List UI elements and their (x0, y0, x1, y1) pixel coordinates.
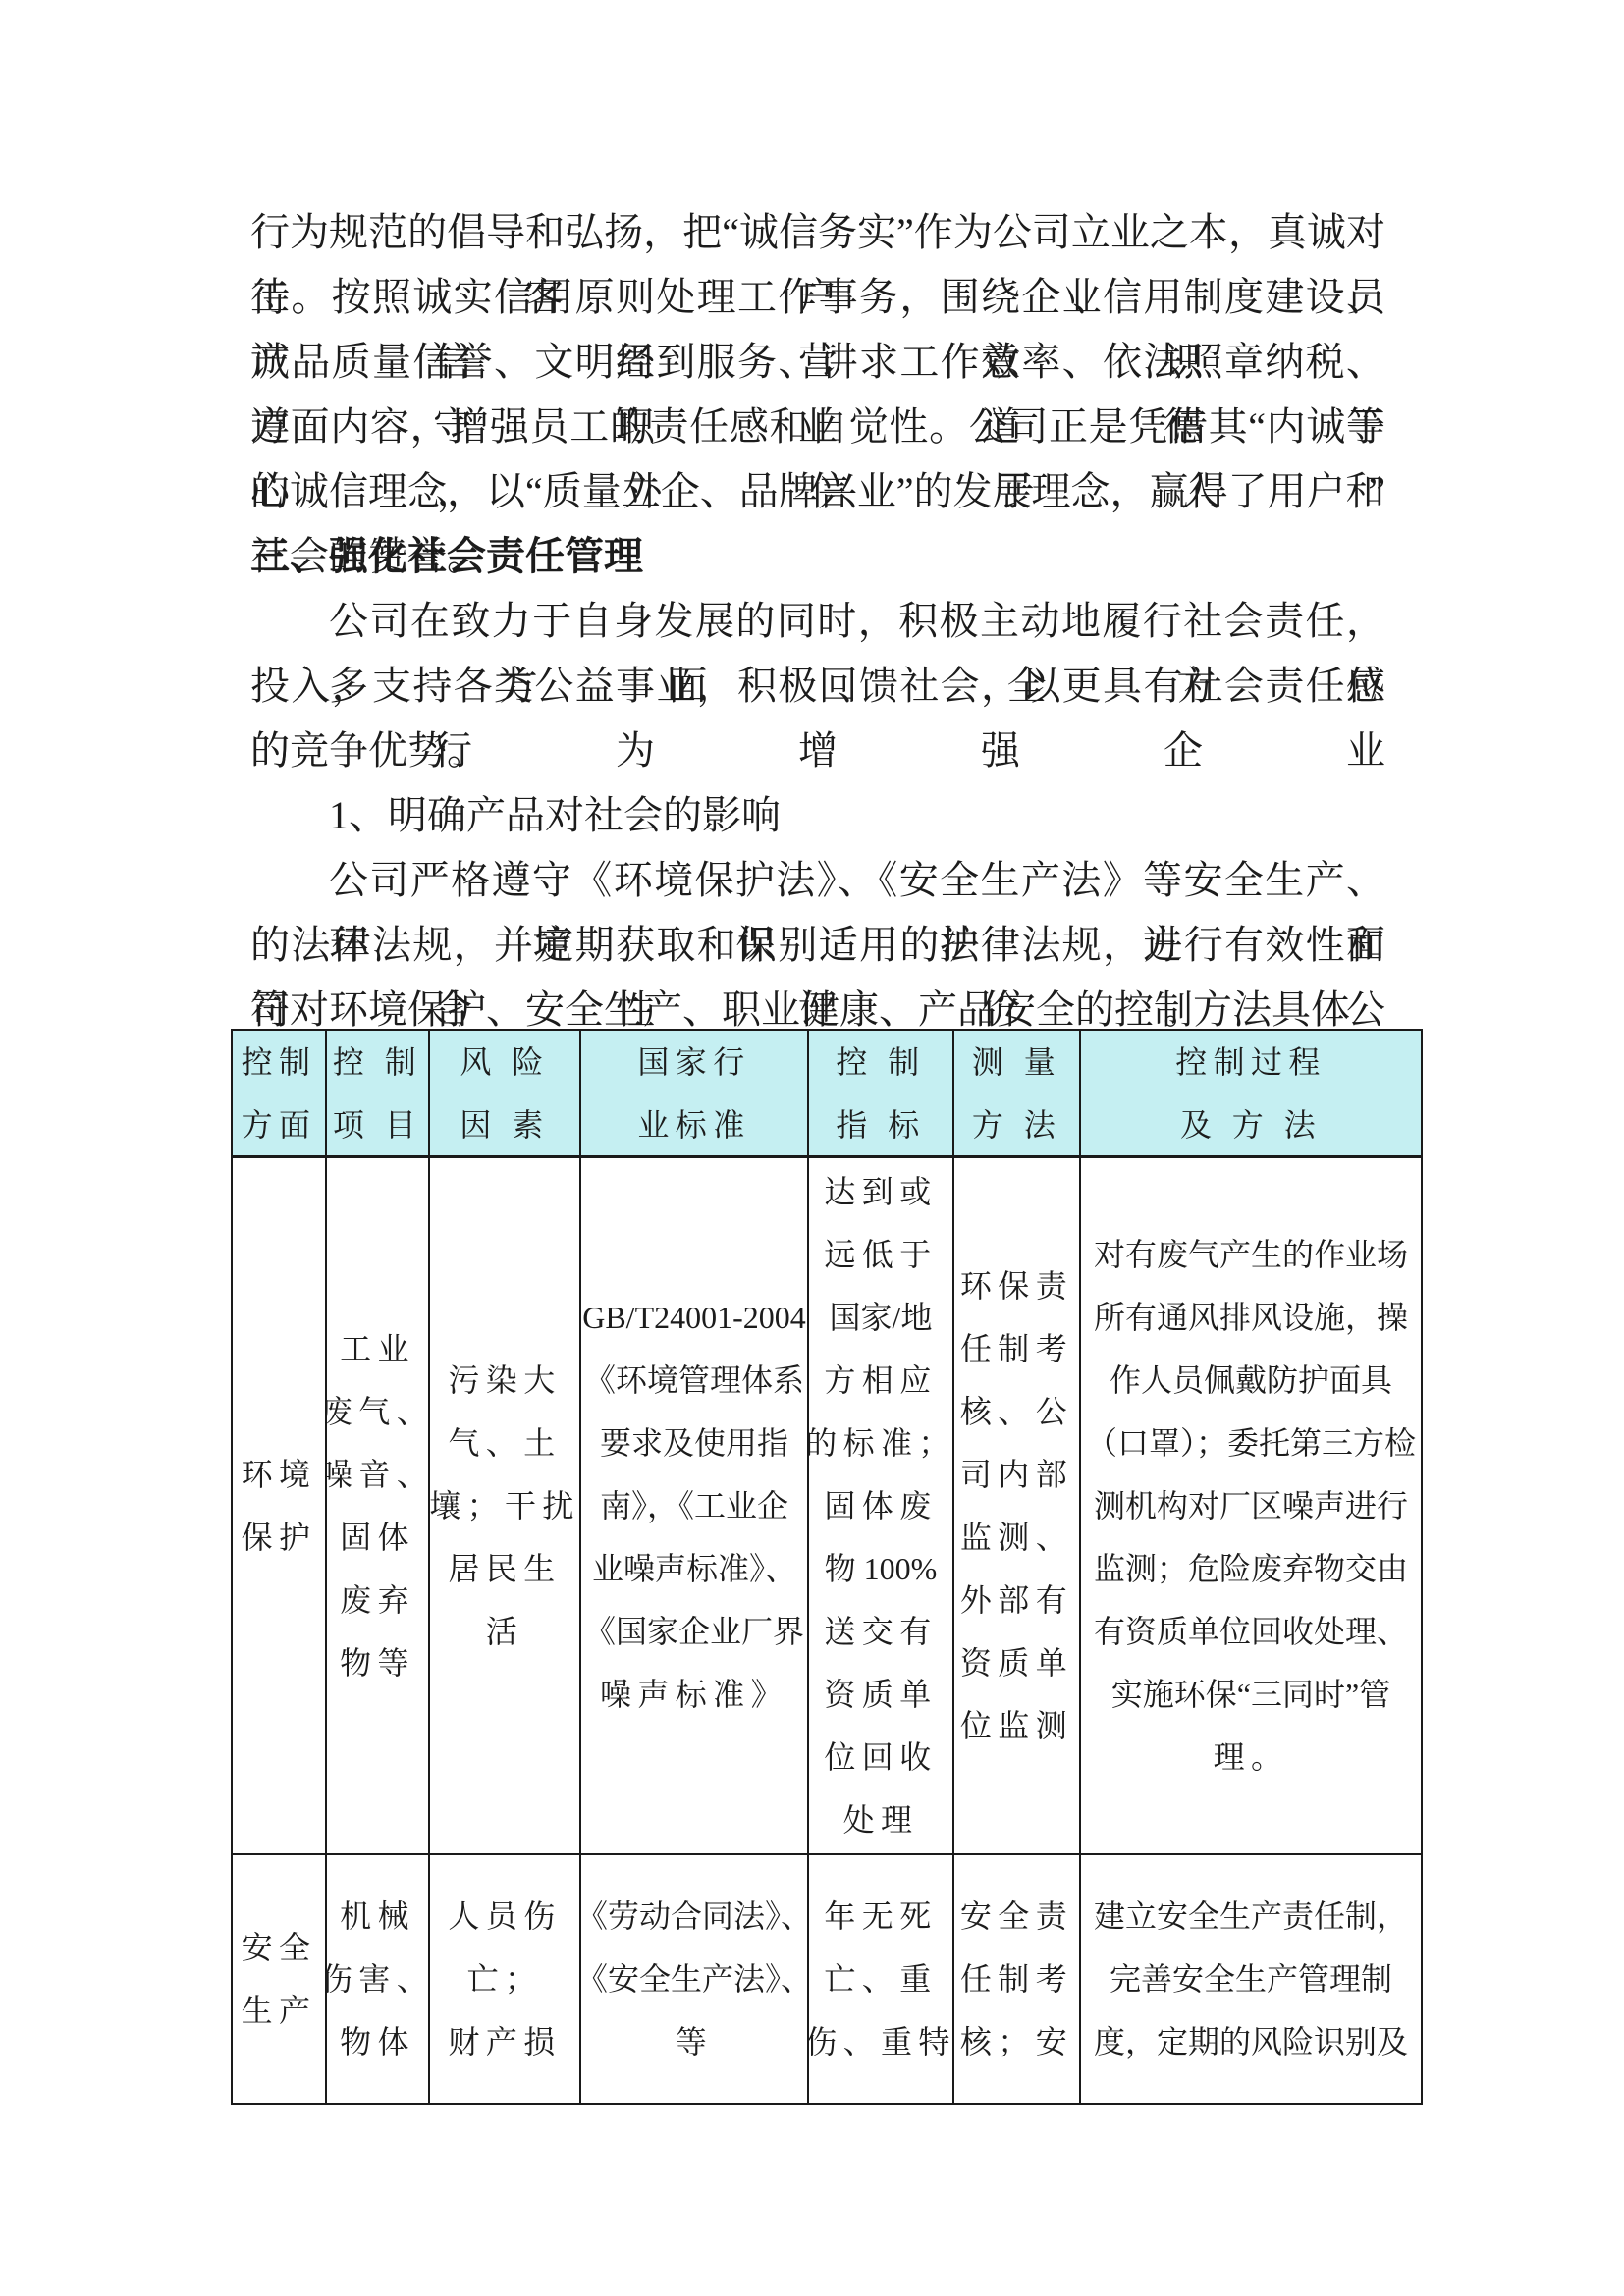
cell-line: 核；安 (960, 2010, 1073, 2073)
body-line: 公司严格遵守《环境保护法》、《安全生产法》等安全生产、环境保护方面 (250, 848, 1385, 913)
table-cell: 对有废气产生的作业场所有通风排风设施，操作人员佩戴防护面具（口罩）；委托第三方检… (1081, 1158, 1421, 1853)
cell-line: 南》，《工业企 (600, 1474, 788, 1537)
cell-line: 废弃 (340, 1569, 415, 1631)
cell-line: 机械 (340, 1885, 415, 1948)
cell-line: 生产 (242, 1979, 317, 2042)
control-table: 控制方面控 制项 目风 险因 素国家行业标准控 制指 标测 量方 法控制过程及 … (231, 1029, 1423, 2105)
cell-line: 《安全生产法》、 (581, 1948, 809, 2010)
cell-line: 外部有 (960, 1569, 1073, 1631)
cell-line: 业噪声标准》、 (592, 1537, 796, 1600)
table-header-cell: 风 险因 素 (430, 1031, 581, 1155)
cell-line: 噪音、 (327, 1443, 430, 1506)
cell-line: 安全责 (960, 1885, 1073, 1948)
cell-line: 要求及使用指 (600, 1412, 788, 1474)
cell-line: 任制考 (960, 1948, 1073, 2010)
cell-line: 物 100% (825, 1537, 938, 1600)
body-line: 的法律法规，并定期获取和识别适用的法律法规，进行有效性和符合性评价。公 (250, 913, 1385, 978)
cell-line: 《国家企业厂界 (584, 1600, 804, 1663)
cell-line: 建立安全生产责任制， (1094, 1885, 1408, 1948)
cell-line: 《环境管理体系 (584, 1349, 804, 1412)
table-cell: 工业废气、噪音、固体废弃物等 (327, 1158, 430, 1853)
table-header-cell: 测 量方 法 (954, 1031, 1081, 1155)
table-cell: 安全生产 (233, 1855, 327, 2103)
body-line: 投入，支持各类公益事业，积极回馈社会，以更具有社会责任感的行为增强企业 (250, 654, 1385, 719)
table-header-cell: 国家行业标准 (581, 1031, 809, 1155)
body-line: 工。按照诚实信用原则处理工作事务，围绕企业信用制度建设、诚信经营意识、 (250, 265, 1385, 330)
cell-line: 工业 (340, 1317, 415, 1380)
cell-line: 及 方 法 (1180, 1094, 1322, 1156)
table-header-cell: 控 制指 标 (809, 1031, 954, 1155)
cell-line: 安全 (242, 1916, 317, 1979)
cell-line: 物体 (340, 2010, 415, 2073)
cell-line: 保护 (242, 1506, 317, 1569)
body-line: 的诚信理念，以“质量立企、品牌兴业”的发展理念，赢得了用户和社会的赞誉。 (250, 459, 1385, 524)
cell-line: 所有通风排风设施，操 (1094, 1286, 1408, 1349)
table-cell: 年无死亡、重伤、重特 (809, 1855, 954, 2103)
cell-line: 国家行 (637, 1031, 750, 1094)
table-cell: 《劳动合同法》、《安全生产法》、等 (581, 1855, 809, 2103)
cell-line: 固体 (340, 1506, 415, 1569)
cell-line: 人员伤 (448, 1885, 561, 1948)
body-line: 公司在致力于自身发展的同时，积极主动地履行社会责任，多方面、全方位 (250, 589, 1385, 654)
section-heading: 三、强化社会责任管理 (250, 524, 1385, 589)
cell-line: 方 法 (972, 1094, 1061, 1156)
cell-line: 测 量 (972, 1031, 1061, 1094)
cell-line: 任制考 (960, 1317, 1073, 1380)
cell-line: 污染大 (448, 1349, 561, 1412)
cell-line: 控 制 (836, 1031, 925, 1094)
cell-line: 亡、重 (824, 1948, 937, 2010)
body-line: 方面内容，增强员工的责任感和自觉性。公司正是凭借其“内诚于心，外信于人” (250, 395, 1385, 459)
cell-line: 亡； (467, 1948, 543, 2010)
cell-line: 有资质单位回收处理、 (1094, 1600, 1408, 1663)
body-line: 行为规范的倡导和弘扬，把“诚信务实”作为公司立业之本，真诚对待客户、员 (250, 200, 1385, 265)
table-header-row: 控制方面控 制项 目风 险因 素国家行业标准控 制指 标测 量方 法控制过程及 … (233, 1031, 1421, 1158)
table-cell: 人员伤亡；财产损 (430, 1855, 581, 2103)
cell-line: 环保责 (960, 1255, 1073, 1317)
table-header-cell: 控 制项 目 (327, 1031, 430, 1155)
cell-line: 伤害、 (327, 1948, 430, 2010)
cell-line: 对有废气产生的作业场 (1094, 1223, 1408, 1286)
cell-line: 居民生 (448, 1537, 561, 1600)
cell-line: 国家/地 (830, 1286, 933, 1349)
body-line: 1、明确产品对社会的影响 (250, 783, 1385, 848)
table-header-cell: 控制过程及 方 法 (1081, 1031, 1421, 1155)
cell-line: 风 险 (460, 1031, 549, 1094)
table-cell: 污染大气、土壤；干扰居民生活 (430, 1158, 581, 1853)
cell-line: 业标准 (637, 1094, 750, 1156)
table-header-cell: 控制方面 (233, 1031, 327, 1155)
cell-line: 度，定期的风险识别及 (1094, 2010, 1408, 2073)
cell-line: 监测；危险废弃物交由 (1094, 1537, 1408, 1600)
table-cell: 环境保护 (233, 1158, 327, 1853)
table-cell: 达到或远低于国家/地方相应的标准；固体废物 100%送交有资质单位回收处理 (809, 1158, 954, 1853)
table-row-safety-production: 安全生产机械伤害、物体人员伤亡；财产损《劳动合同法》、《安全生产法》、等年无死亡… (233, 1855, 1421, 2103)
cell-line: 项 目 (333, 1094, 422, 1156)
body-line: 产品质量信誉、文明周到服务、讲求工作效率、依法照章纳税、遵守职业道德等 (250, 330, 1385, 395)
cell-line: （口罩）；委托第三方检 (1086, 1412, 1416, 1474)
cell-line: 方相应 (824, 1349, 937, 1412)
cell-line: 远低于 (824, 1223, 937, 1286)
cell-line: 环境 (242, 1443, 317, 1506)
cell-line: 活 (486, 1600, 523, 1663)
table-row-environment-protection: 环境保护工业废气、噪音、固体废弃物等污染大气、土壤；干扰居民生活GB/T2400… (233, 1158, 1421, 1855)
cell-line: 位监测 (960, 1694, 1073, 1757)
cell-line: 作人员佩戴防护面具 (1110, 1349, 1392, 1412)
cell-line: 物等 (340, 1631, 415, 1694)
cell-line: 固体废 (824, 1474, 937, 1537)
cell-line: 资质单 (960, 1631, 1073, 1694)
cell-line: 理。 (1214, 1726, 1289, 1789)
cell-line: 伤、重特 (809, 2010, 954, 2073)
cell-line: 废气、 (327, 1380, 430, 1443)
cell-line: 监测、 (960, 1506, 1073, 1569)
cell-line: 控制 (242, 1031, 317, 1094)
table-cell: 建立安全生产责任制，完善安全生产管理制度，定期的风险识别及 (1081, 1855, 1421, 2103)
cell-line: 《劳动合同法》、 (581, 1885, 809, 1948)
cell-line: 财产损 (448, 2010, 561, 2073)
cell-line: 实施环保“三同时”管 (1111, 1663, 1390, 1726)
cell-line: 位回收 (824, 1726, 937, 1789)
cell-line: 气、土 (448, 1412, 561, 1474)
document-page: 行为规范的倡导和弘扬，把“诚信务实”作为公司立业之本，真诚对待客户、员工。按照诚… (0, 0, 1624, 2296)
body-text: 行为规范的倡导和弘扬，把“诚信务实”作为公司立业之本，真诚对待客户、员工。按照诚… (250, 200, 1385, 1042)
cell-line: 指 标 (836, 1094, 925, 1156)
cell-line: 资质单 (824, 1663, 937, 1726)
cell-line: GB/T24001-2004 (582, 1286, 806, 1349)
cell-line: 等 (676, 2010, 713, 2073)
cell-line: 达到或 (824, 1160, 937, 1223)
cell-line: 测机构对厂区噪声进行 (1094, 1474, 1408, 1537)
cell-line: 的标准； (809, 1412, 954, 1474)
cell-line: 司内部 (960, 1443, 1073, 1506)
cell-line: 送交有 (824, 1600, 937, 1663)
table-cell: 机械伤害、物体 (327, 1855, 430, 2103)
cell-line: 壤；干扰 (430, 1474, 580, 1537)
cell-line: 因 素 (460, 1094, 549, 1156)
cell-line: 年无死 (824, 1885, 937, 1948)
cell-line: 处理 (843, 1789, 919, 1851)
cell-line: 控 制 (333, 1031, 422, 1094)
cell-line: 噪声标准》 (600, 1663, 788, 1726)
table-cell: 环保责任制考核、公司内部监测、外部有资质单位监测 (954, 1158, 1081, 1853)
cell-line: 完善安全生产管理制 (1110, 1948, 1392, 2010)
table-cell: 安全责任制考核；安 (954, 1855, 1081, 2103)
cell-line: 核、公 (960, 1380, 1073, 1443)
cell-line: 控制过程 (1175, 1031, 1326, 1094)
cell-line: 方面 (242, 1094, 317, 1156)
table-cell: GB/T24001-2004《环境管理体系要求及使用指南》，《工业企业噪声标准》… (581, 1158, 809, 1853)
